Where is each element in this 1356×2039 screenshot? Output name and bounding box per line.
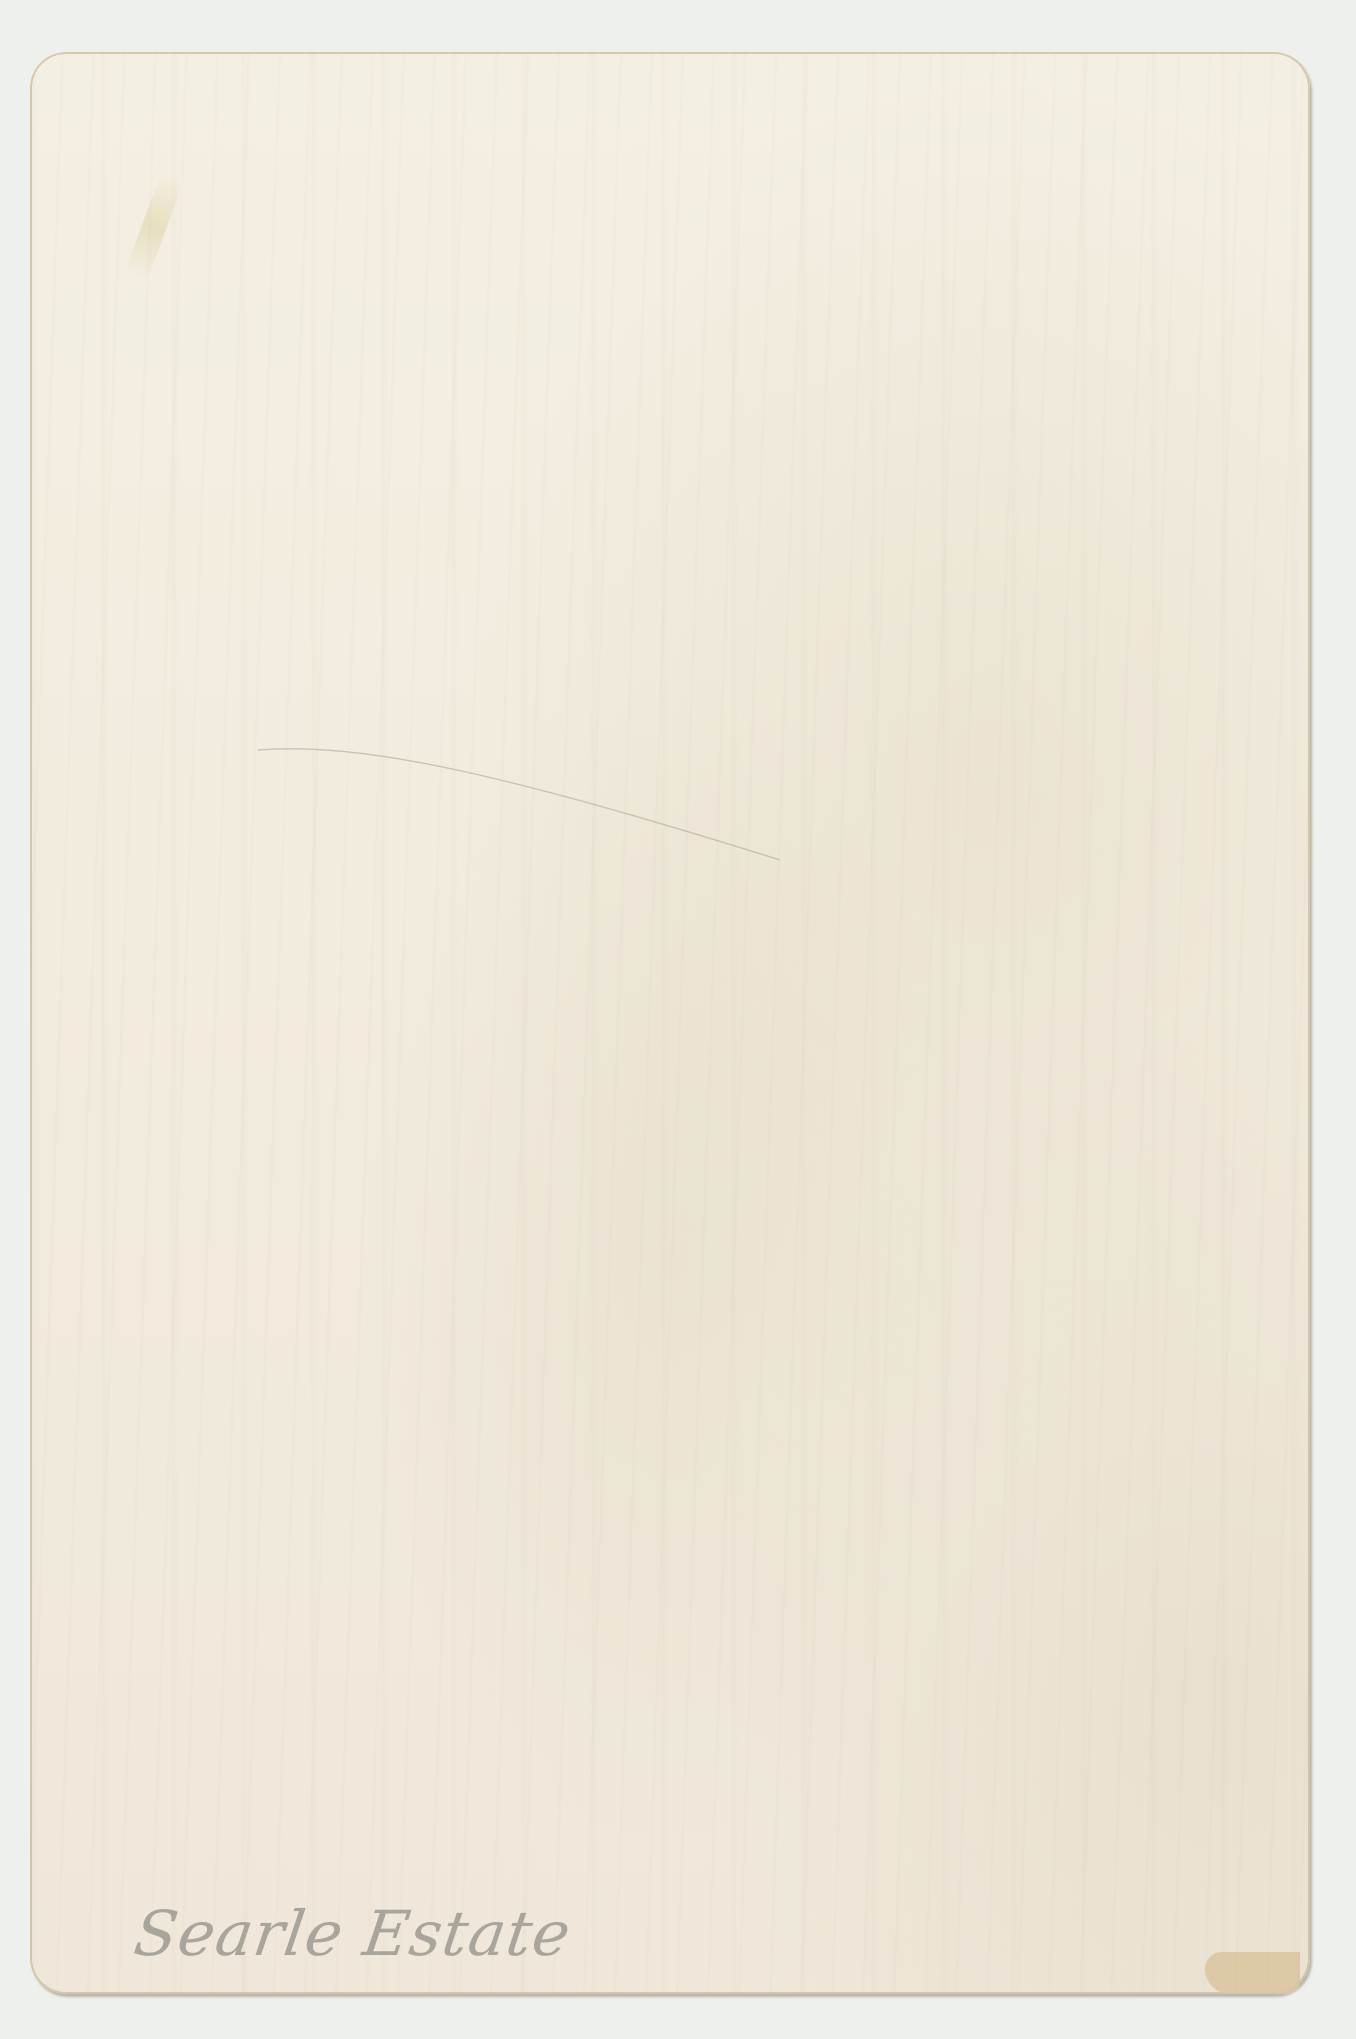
corner-wear-patch (1205, 1952, 1300, 1994)
cabinet-card-back: Searle Estate (30, 52, 1310, 1994)
handwritten-inscription: Searle Estate (130, 1897, 576, 1970)
pencil-scratch-line (30, 52, 1310, 1994)
stain-mark (124, 171, 184, 283)
